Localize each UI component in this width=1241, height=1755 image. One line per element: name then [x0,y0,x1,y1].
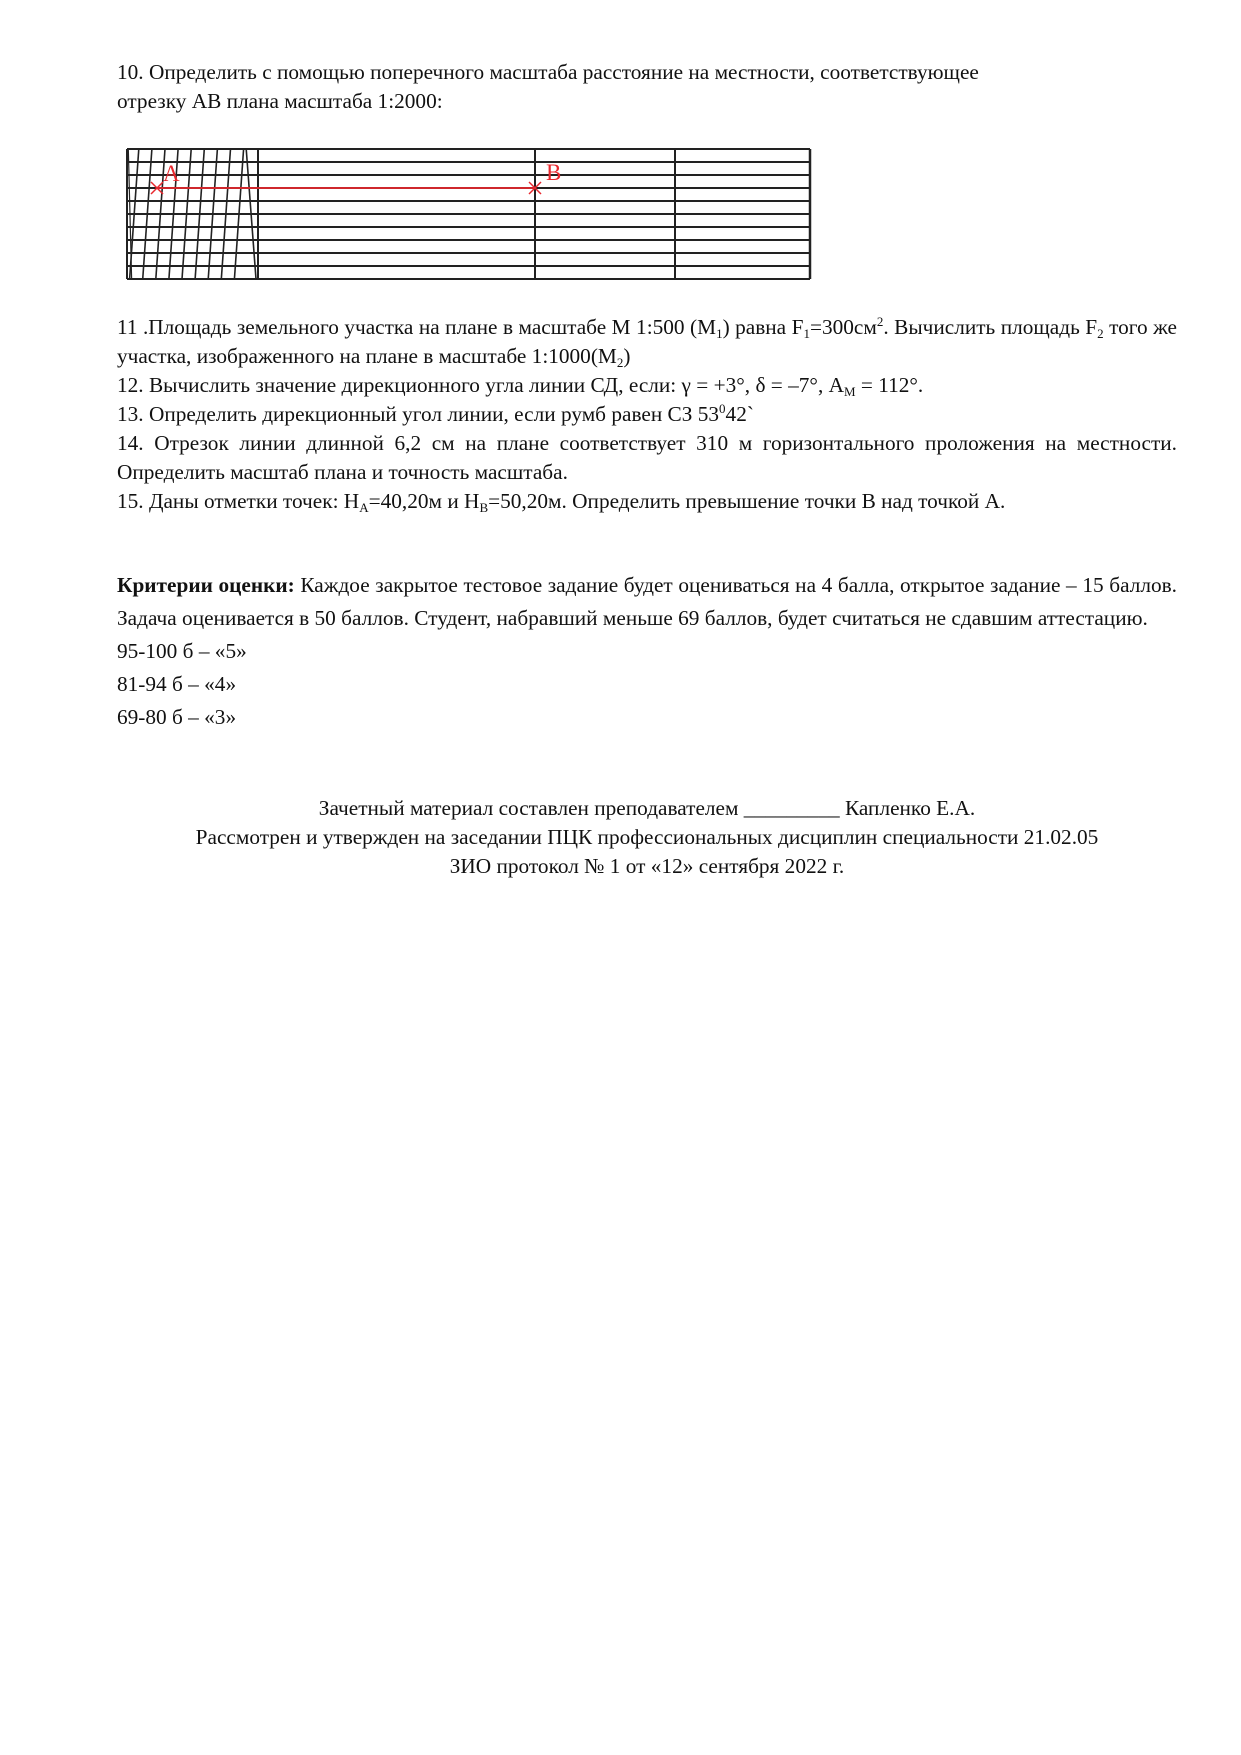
assessment-criteria: Критерии оценки: Каждое закрытое тестово… [117,569,1177,734]
grade-item: 95-100 б – «5» [117,635,1177,668]
footer-author-line: Зачетный материал составлен преподавател… [117,794,1177,823]
point-a-label: А [163,161,180,186]
task-15: 15. Даны отметки точек: НА=40,20м и НВ=5… [117,487,1177,516]
footer-approval-line: Рассмотрен и утвержден на заседании ПЦК … [117,823,1177,852]
task-14: 14. Отрезок линии длинной 6,2 см на план… [117,429,1177,487]
criteria-text: Критерии оценки: Каждое закрытое тестово… [117,569,1177,635]
footer-protocol-line: ЗИО протокол № 1 от «12» сентября 2022 г… [117,852,1177,881]
document-footer: Зачетный материал составлен преподавател… [117,794,1177,881]
task-12: 12. Вычислить значение дирекционного угл… [117,371,1177,400]
tasks-block: 11 .Площадь земельного участка на плане … [117,313,1177,516]
point-b-label: В [546,160,561,185]
grade-list: 95-100 б – «5» 81-94 б – «4» 69-80 б – «… [117,635,1177,734]
task-11: 11 .Площадь земельного участка на плане … [117,313,1177,371]
transversal-scale-figure: АВ [0,0,1241,300]
task-13: 13. Определить дирекционный угол линии, … [117,400,1177,429]
grade-item: 81-94 б – «4» [117,668,1177,701]
grade-item: 69-80 б – «3» [117,701,1177,734]
criteria-label: Критерии оценки: [117,573,295,597]
